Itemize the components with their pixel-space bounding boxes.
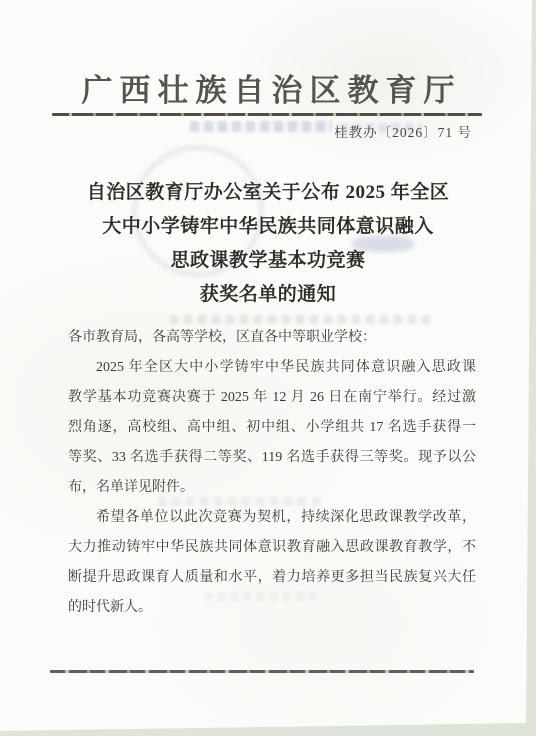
issuing-org-name: 广西壮族自治区教育厅 bbox=[0, 72, 536, 110]
scan-backdrop: 广西壮族自治区教育厅 桂教办〔2026〕71 号 自治区教育厅办公室关于公布 2… bbox=[0, 0, 536, 736]
document-page: 广西壮族自治区教育厅 桂教办〔2026〕71 号 自治区教育厅办公室关于公布 2… bbox=[0, 0, 536, 736]
salutation-line: 各市教育局，各高等学校，区直各中等职业学校： bbox=[68, 323, 476, 353]
body-line: 大力推动铸牢中华民族共同体意识教育融入思政课教育教学，不 bbox=[68, 533, 476, 563]
title-line-3: 思政课教学基本功竞赛 bbox=[0, 244, 536, 278]
ink-bleed-text-row bbox=[190, 121, 332, 132]
body-line: 布，名单详见附件。 bbox=[68, 473, 476, 503]
footer-rule bbox=[50, 670, 474, 673]
document-number: 桂教办〔2026〕71 号 bbox=[334, 124, 472, 142]
body-line: 烈角逐，高校组、高中组、初中组、小学组共 17 名选手获得一 bbox=[68, 413, 476, 443]
document-body: 各市教育局，各高等学校，区直各中等职业学校： 2025 年全区大中小学铸牢中华民… bbox=[68, 323, 476, 623]
header-rule bbox=[52, 113, 482, 116]
body-line: 教学基本功竞赛决赛于 2025 年 12 月 26 日在南宁举行。经过激 bbox=[68, 383, 476, 413]
title-line-1: 自治区教育厅办公室关于公布 2025 年全区 bbox=[0, 176, 536, 210]
body-line: 希望各单位以此次竞赛为契机，持续深化思政课教学改革， bbox=[68, 503, 476, 533]
body-line: 断提升思政课育人质量和水平，着力培养更多担当民族复兴大任 bbox=[68, 563, 476, 593]
body-line: 等奖、33 名选手获得二等奖、119 名选手获得三等奖。现予以公 bbox=[68, 443, 476, 473]
body-line: 2025 年全区大中小学铸牢中华民族共同体意识融入思政课 bbox=[68, 353, 476, 383]
title-line-4: 获奖名单的通知 bbox=[0, 278, 536, 312]
body-line: 的时代新人。 bbox=[68, 593, 476, 623]
title-line-2: 大中小学铸牢中华民族共同体意识融入 bbox=[0, 210, 536, 244]
document-title: 自治区教育厅办公室关于公布 2025 年全区 大中小学铸牢中华民族共同体意识融入… bbox=[0, 176, 536, 312]
